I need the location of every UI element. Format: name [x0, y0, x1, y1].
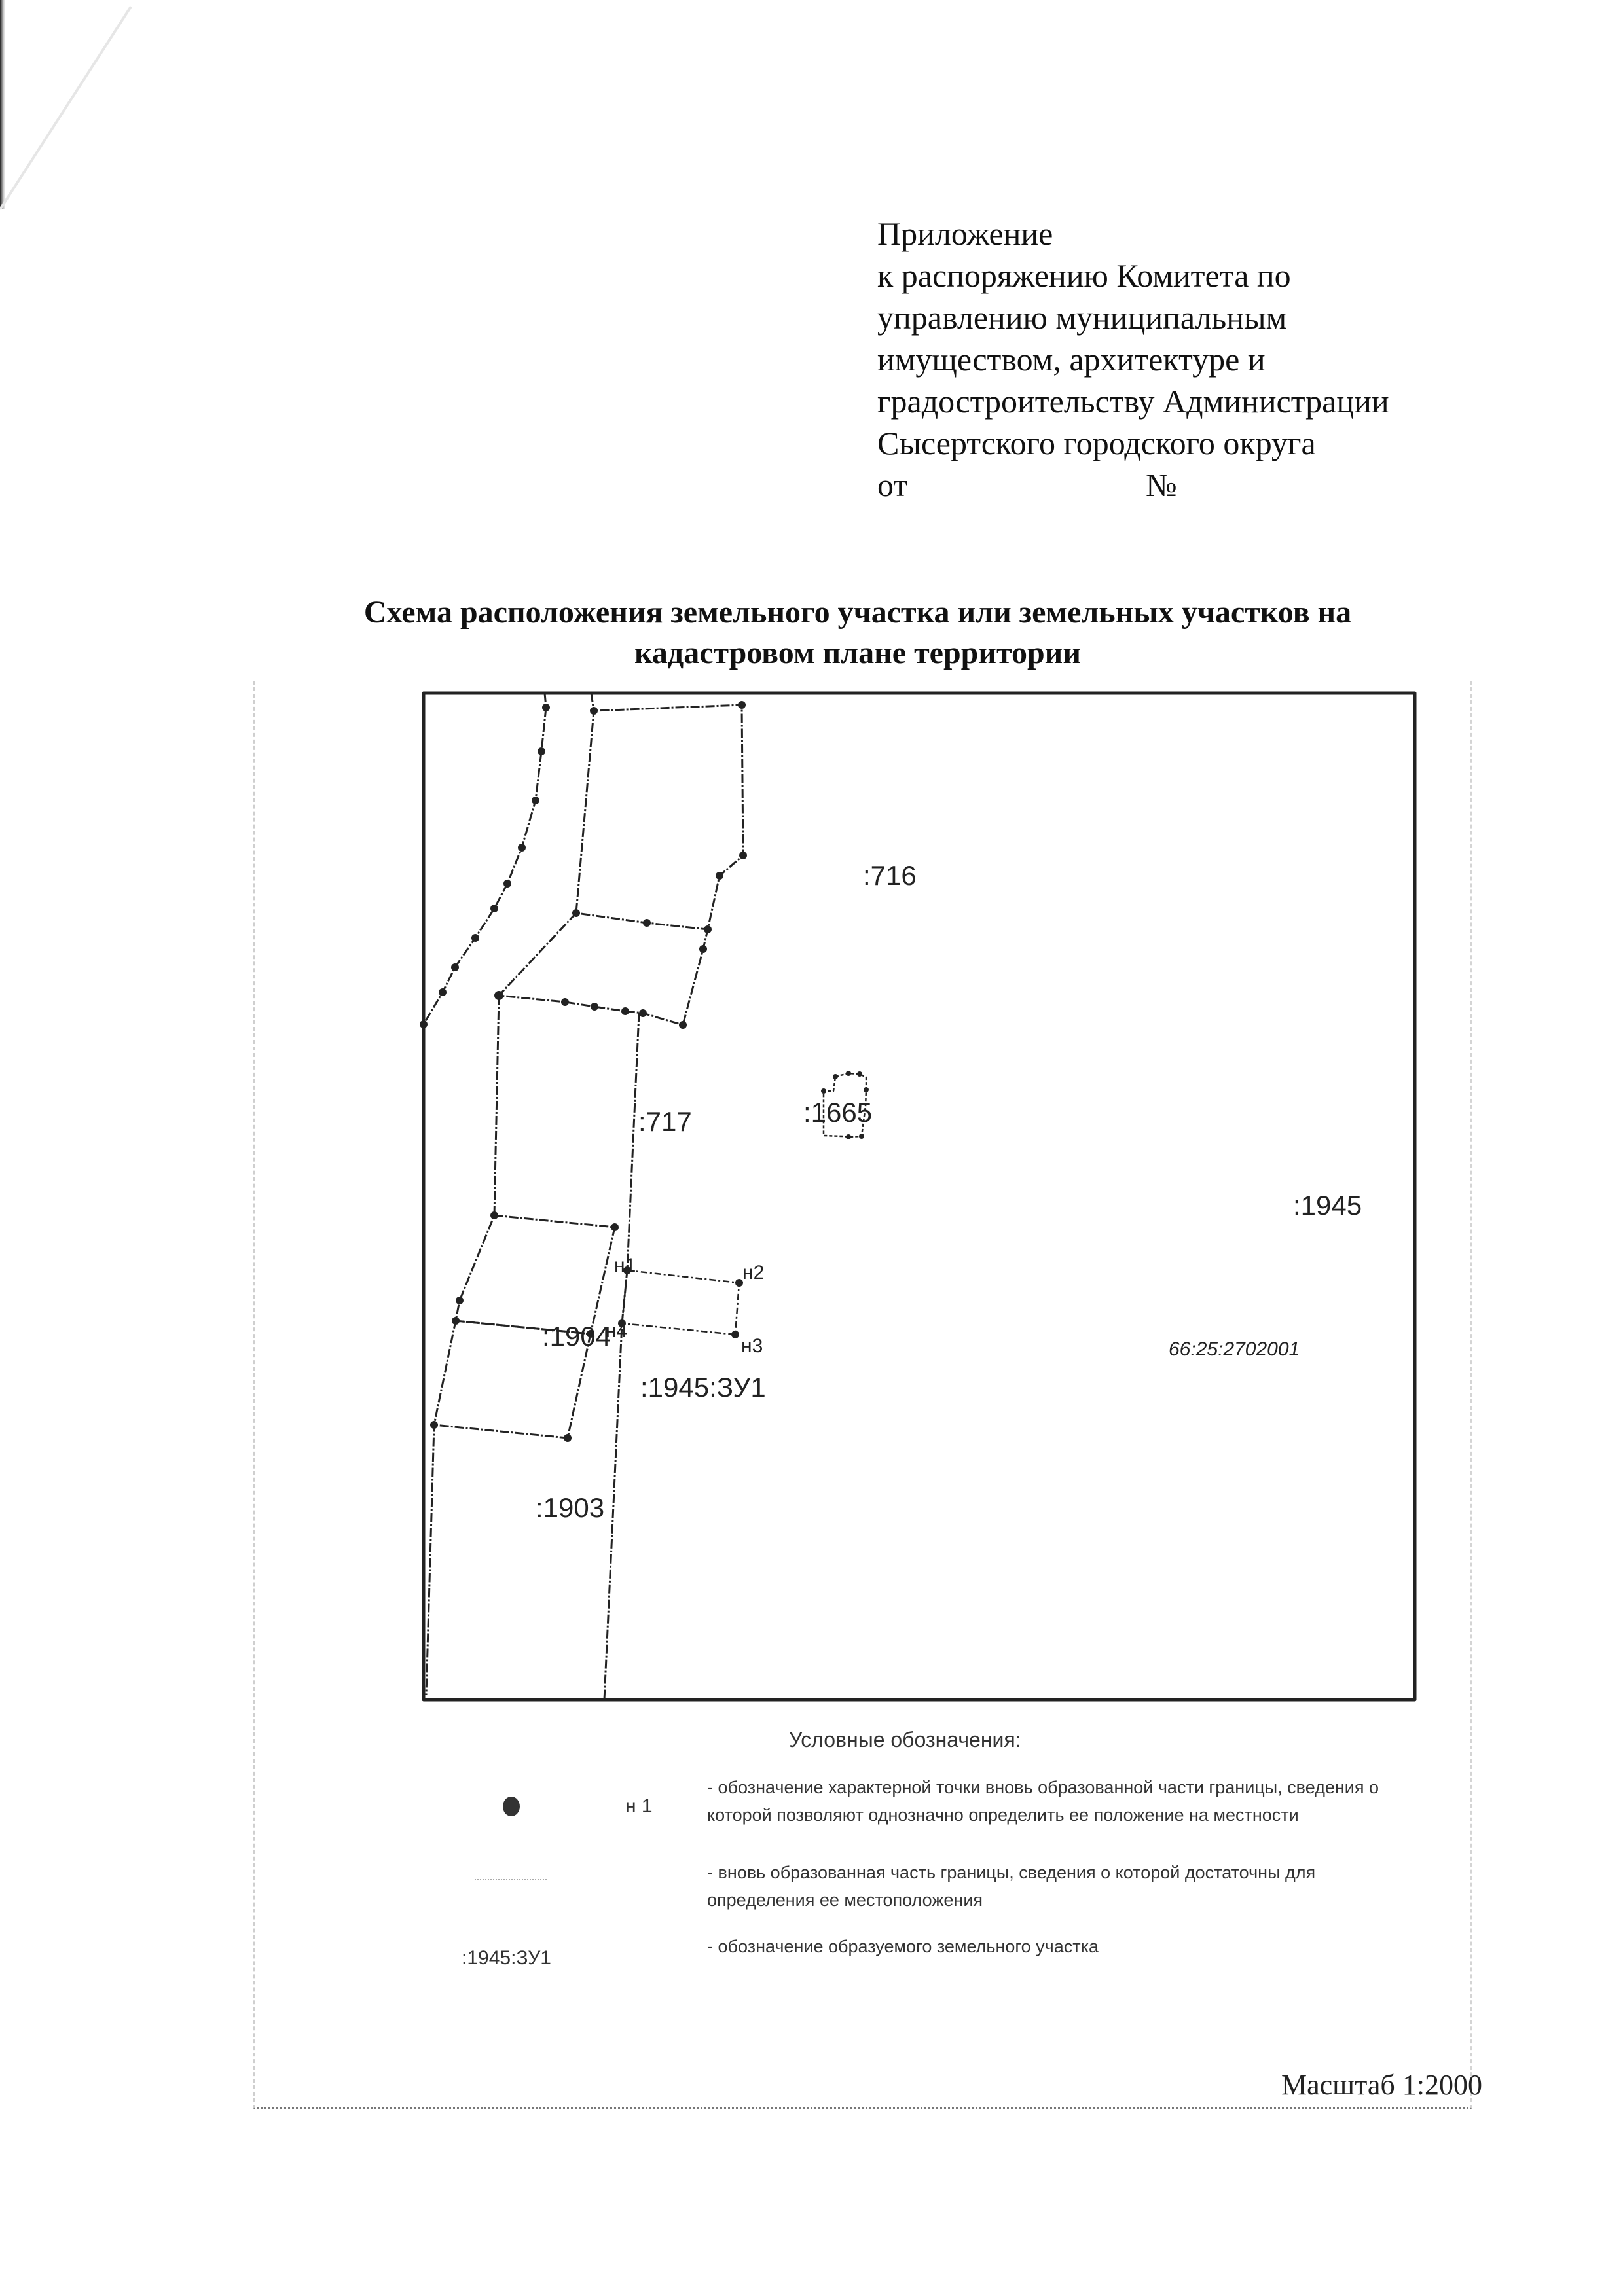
- legend-point-icon: [503, 1797, 520, 1816]
- boundary-points: [420, 701, 869, 1442]
- legend-title: Условные обозначения:: [789, 1728, 1021, 1752]
- legend-dotted-line-icon: [475, 1879, 547, 1880]
- parcel-1904-boundary: [456, 1215, 615, 1334]
- point-label-n2: н2: [742, 1262, 764, 1284]
- map-frame: [424, 693, 1415, 1700]
- parcel-716-boundary: [576, 693, 743, 929]
- cadastral-quarter-number: 66:25:2702001: [1169, 1338, 1300, 1361]
- point-label-n4: н4: [606, 1320, 627, 1342]
- parcel-1945-zu1-boundary: [622, 1270, 739, 1335]
- legend-item-boundary: - вновь образованная часть границы, свед…: [707, 1859, 1421, 1914]
- legend-item-parcel: - обозначение образуемого земельного уча…: [707, 1933, 1421, 1960]
- parcel-label-716: :716: [863, 860, 917, 891]
- road-boundary-east: [604, 1013, 639, 1700]
- road-boundary-left: [424, 693, 546, 1024]
- legend-point-label: н 1: [625, 1795, 653, 1818]
- legend-parcel-symbol: :1945:ЗУ1: [462, 1947, 551, 1969]
- parcel-label-1945: :1945: [1293, 1190, 1362, 1221]
- parcel-label-1904: :1904: [542, 1321, 611, 1352]
- legend-item-point: - обозначение характерной точки вновь об…: [707, 1774, 1408, 1829]
- parcel-label-717: :717: [638, 1106, 692, 1138]
- parcel-label-1945-zu1: :1945:ЗУ1: [640, 1372, 766, 1403]
- parcel-label-1665: :1665: [803, 1097, 872, 1128]
- point-label-n1: н1: [614, 1255, 636, 1277]
- parcel-label-1903: :1903: [536, 1492, 604, 1524]
- parcel-717-boundary: [499, 913, 708, 1025]
- road-boundary-mid: [426, 996, 499, 1695]
- point-label-n3: н3: [741, 1335, 763, 1357]
- map-scale: Масштаб 1:2000: [1281, 2068, 1482, 2102]
